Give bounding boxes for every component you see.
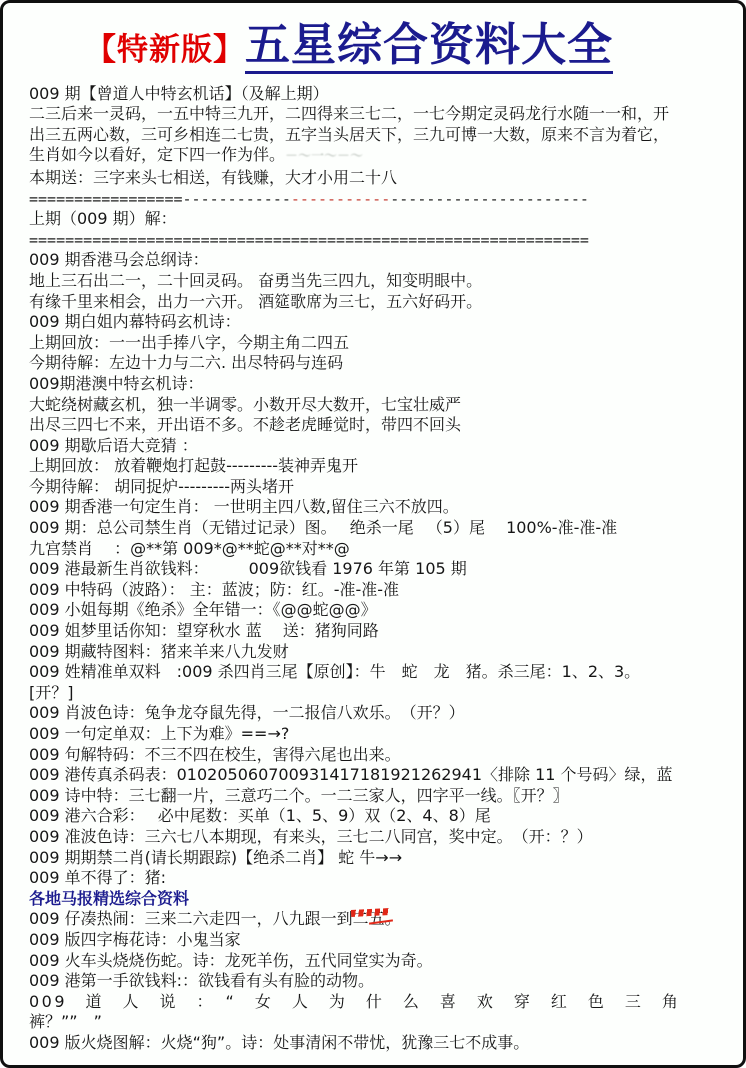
separator: =================-----------------------… — [29, 189, 727, 210]
info-line: 009 版火烧图解：火烧“狗”。诗：处事清闲不带忧，犹豫三七不成事。 — [29, 1033, 727, 1054]
separator: ========================================… — [29, 230, 727, 251]
info-line: 009 姓精准单双料 :009 杀四肖三尾【原创】：牛 蛇 龙 猪。杀三尾：1、… — [29, 662, 727, 683]
gift-line: 本期送：三字来头七相送，有钱赚，大才小用二十八 — [29, 168, 727, 189]
section-heading: 009 期歇后语大竞猜 ： — [29, 436, 727, 457]
info-line: 009 期：总公司禁生肖（无错过记录）图。 绝杀一尾 （5）尾 100%-准-准… — [29, 518, 727, 539]
page-header: 【特新版】 五星综合资料大全 — [85, 21, 727, 74]
text-span: 生肖如今以看好，定下四一作为伴。 — [29, 145, 285, 164]
info-line: 裤？”” ” — [29, 1012, 727, 1033]
lottery-info-sheet: 【特新版】 五星综合资料大全 009 期【曾道人中特玄机话】（及解上期）二三后来… — [0, 0, 746, 1068]
separator-red-segment: ----------- — [291, 190, 390, 208]
content-lines: 009 期【曾道人中特玄机话】（及解上期）二三后来一灵码，一五中特三九开，二四得… — [29, 84, 727, 1054]
info-line: 009 诗中特：三七翻一片，三意巧二个。一二三家人，四字平一线。〖开？〗 — [29, 786, 727, 807]
info-line: 009 火车头烧烧伤蛇。诗：龙死羊伤，五代同堂实为奇。 — [29, 951, 727, 972]
info-line: 009 版四字梅花诗：小鬼当家 — [29, 930, 727, 951]
info-line: 009 港六合彩： 必中尾数：买单（1、5、9）双（2、4、8）尾 — [29, 806, 727, 827]
section-heading: 009 期白姐内幕特码玄机诗： — [29, 312, 727, 333]
text-span: 009 仔凑热闹：三来二六走四一，八九跟一到 — [29, 909, 353, 928]
info-line: 009 仔凑热闹：三来二六走四一，八九跟一到二五。 — [29, 909, 727, 930]
verse-line: 今期待解：左边十力与二六. 出尽特码与连码 — [29, 353, 727, 374]
section-heading: 上期（009 期）解： — [29, 209, 727, 230]
verse-line: 地上三石出二一，二十回灵码。 奋勇当先三四九，知变明眼中。 — [29, 271, 727, 292]
info-line: 009 肖波色诗：兔争龙夺鼠先得，一二报信八欢乐。 （开？） — [29, 703, 727, 724]
info-line: 009 港最新生肖欲钱料： 009欲钱看 1976 年第 105 期 — [29, 559, 727, 580]
verse-line: 上期回放： 放着鞭炮打起鼓---------装神弄鬼开 — [29, 456, 727, 477]
info-line: 009 港传真杀码表：01020506070093141718192126294… — [29, 765, 727, 786]
info-line: 009 期期禁二肖(请长期跟踪)【绝杀二肖】 蛇 牛→→ — [29, 848, 727, 869]
section-heading-blue: 各地马报精选综合资料 — [29, 889, 727, 910]
info-line: 009 道 人 说 ： “ 女 人 为 什 么 喜 欢 穿 红 色 三 角 — [29, 992, 727, 1013]
info-line: [开？] — [29, 683, 727, 704]
verse-line: 出三五两心数，三可乡相连二七贵，五字当头居天下，三九可博一大数，原来不言为着它， — [29, 125, 727, 146]
verse-line: 生肖如今以看好，定下四一作为伴。－〜一〜－〜 — [29, 145, 727, 168]
section-heading: 009 期香港马会总纲诗： — [29, 250, 727, 271]
section-heading: 009期港澳中特玄机诗： — [29, 374, 727, 395]
info-line: 009 准波色诗：三六七八本期现，有来头，三七二八同宫，奖中定。 （开：？） — [29, 827, 727, 848]
verse-line: 今期待解： 胡同捉炉---------两头堵开 — [29, 477, 727, 498]
verse-line: 出尽三四七不来，开出语不多。不趁老虎睡觉时，带四不回头 — [29, 415, 727, 436]
erased-text: －〜一〜－〜 — [285, 149, 363, 164]
verse-line: 二三后来一灵码，一五中特三九开，二四得来三七二，一七今期定灵码龙行水随一一和，开 — [29, 104, 727, 125]
info-line: 009 一句定单双：上下为难》==→? — [29, 724, 727, 745]
info-line: 009 单不得了：猪: — [29, 868, 727, 889]
info-line: 009 港第一手欲钱料:：欲钱看有头有脸的动物。 — [29, 971, 727, 992]
text-span: ------------ — [183, 190, 291, 208]
verse-line: 上期回放：一一出手捧八字，今期主角二四五 — [29, 333, 727, 354]
red-marked-text: 二五 — [353, 909, 385, 930]
info-line: 009 姐梦里话你知：望穿秋水 蓝 送：猪狗同路 — [29, 621, 727, 642]
text-span: ---------------------- — [390, 190, 589, 208]
page-title: 五星综合资料大全 — [245, 21, 613, 74]
info-line: 009 期藏特图料：猪来羊来八九发财 — [29, 642, 727, 663]
edition-badge: 【特新版】 — [85, 24, 245, 69]
issue-heading: 009 期【曾道人中特玄机话】（及解上期） — [29, 84, 727, 105]
verse-line: 有缘千里来相会，出力一六开。 酒筵歌席为三七，五六好码开。 — [29, 292, 727, 313]
info-line: 009 小姐每期《绝杀》全年错一：《@@蛇@@》 — [29, 600, 727, 621]
info-line: 009 句解特码：不三不四在校生，害得六尾也出来。 — [29, 745, 727, 766]
text-span: ================= — [29, 190, 183, 208]
info-line: 009 中特码（波路）： 主：蓝波；防：红。-准-准-准 — [29, 580, 727, 601]
verse-line: 大蛇绕树藏玄机，独一半调零。小数开尽大数开，七宝壮威严 — [29, 395, 727, 416]
info-line: 九宫禁肖 ：@**第 009*@**蛇@**对**@ — [29, 539, 727, 560]
info-line: 009 期香港一句定生肖： 一世明主四八数,留住三六不放四。 — [29, 497, 727, 518]
